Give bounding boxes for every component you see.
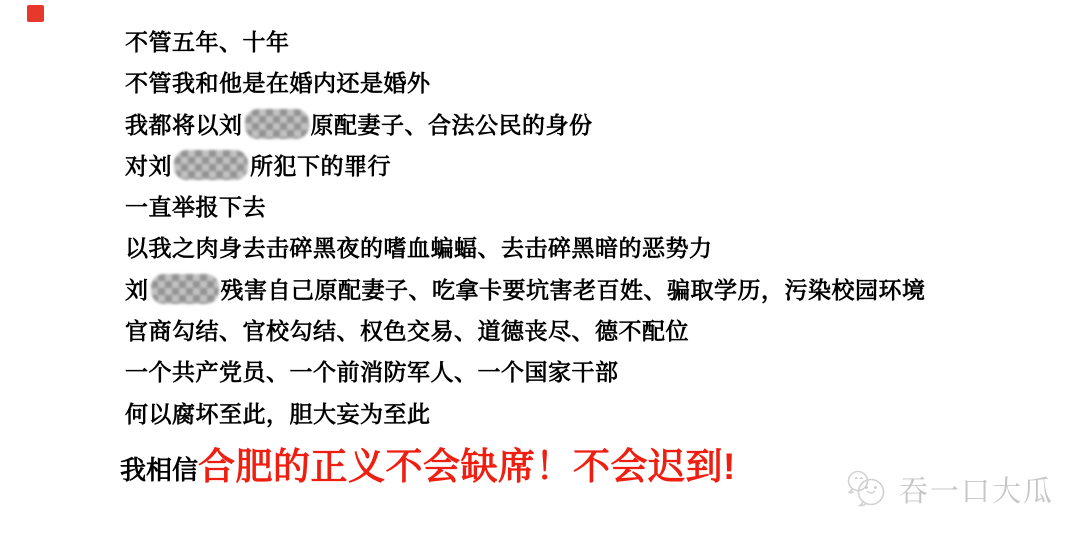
text-line: 不管五年、十年 — [125, 22, 926, 63]
text-segment: 何以腐坏至此，胆大妄为至此 — [125, 401, 431, 427]
conclusion-emphasis: 合肥的正义不会缺席！不会迟到! — [198, 446, 736, 487]
text-line: 刘残害自己原配妻子、吃拿卡要坑害老百姓、骗取学历，污染校园环境 — [125, 270, 926, 311]
text-line: 以我之肉身去击碎黑夜的嗜血蝙蝠、去击碎黑暗的恶势力 — [125, 228, 926, 269]
text-segment: 官商勾结、官校勾结、权色交易、道德丧尽、德不配位 — [125, 318, 689, 344]
text-segment: 不管五年、十年 — [125, 29, 290, 55]
text-segment: 残害自己原配妻子、吃拿卡要坑害老百姓、骗取学历，污染校园环境 — [221, 277, 926, 303]
text-line: 不管我和他是在婚内还是婚外 — [125, 63, 926, 104]
text-segment: 以我之肉身去击碎黑夜的嗜血蝙蝠、去击碎黑暗的恶势力 — [125, 235, 713, 261]
censored-name-mosaic — [245, 109, 309, 139]
text-line: 何以腐坏至此，胆大妄为至此 — [125, 394, 926, 435]
body-text: 不管五年、十年不管我和他是在婚内还是婚外我都将以刘原配妻子、合法公民的身份对刘所… — [125, 22, 926, 435]
watermark: 吞一口大瓜 — [845, 467, 1054, 511]
chat-bubbles-faces-icon — [845, 467, 891, 511]
text-segment: 所犯下的罪行 — [250, 153, 391, 179]
red-square-marker — [27, 5, 44, 22]
text-segment: 一个共产党员、一个前消防军人、一个国家干部 — [125, 359, 619, 385]
text-segment: 刘 — [125, 277, 149, 303]
text-line: 官商勾结、官校勾结、权色交易、道德丧尽、德不配位 — [125, 311, 926, 352]
watermark-text: 吞一口大瓜 — [899, 469, 1054, 510]
article-canvas: 不管五年、十年不管我和他是在婚内还是婚外我都将以刘原配妻子、合法公民的身份对刘所… — [0, 0, 1080, 537]
text-line: 一直举报下去 — [125, 187, 926, 228]
censored-name-mosaic — [151, 274, 219, 304]
text-segment: 不管我和他是在婚内还是婚外 — [125, 70, 431, 96]
text-line: 对刘所犯下的罪行 — [125, 146, 926, 187]
text-line: 我都将以刘原配妻子、合法公民的身份 — [125, 105, 926, 146]
conclusion-line: 我相信合肥的正义不会缺席！不会迟到! — [120, 444, 736, 498]
conclusion-prefix: 我相信 — [120, 455, 198, 485]
text-segment: 一直举报下去 — [125, 194, 266, 220]
text-segment: 我都将以刘 — [125, 112, 243, 138]
text-line: 一个共产党员、一个前消防军人、一个国家干部 — [125, 352, 926, 393]
censored-name-mosaic — [174, 150, 248, 180]
text-segment: 对刘 — [125, 153, 172, 179]
text-segment: 原配妻子、合法公民的身份 — [311, 112, 593, 138]
